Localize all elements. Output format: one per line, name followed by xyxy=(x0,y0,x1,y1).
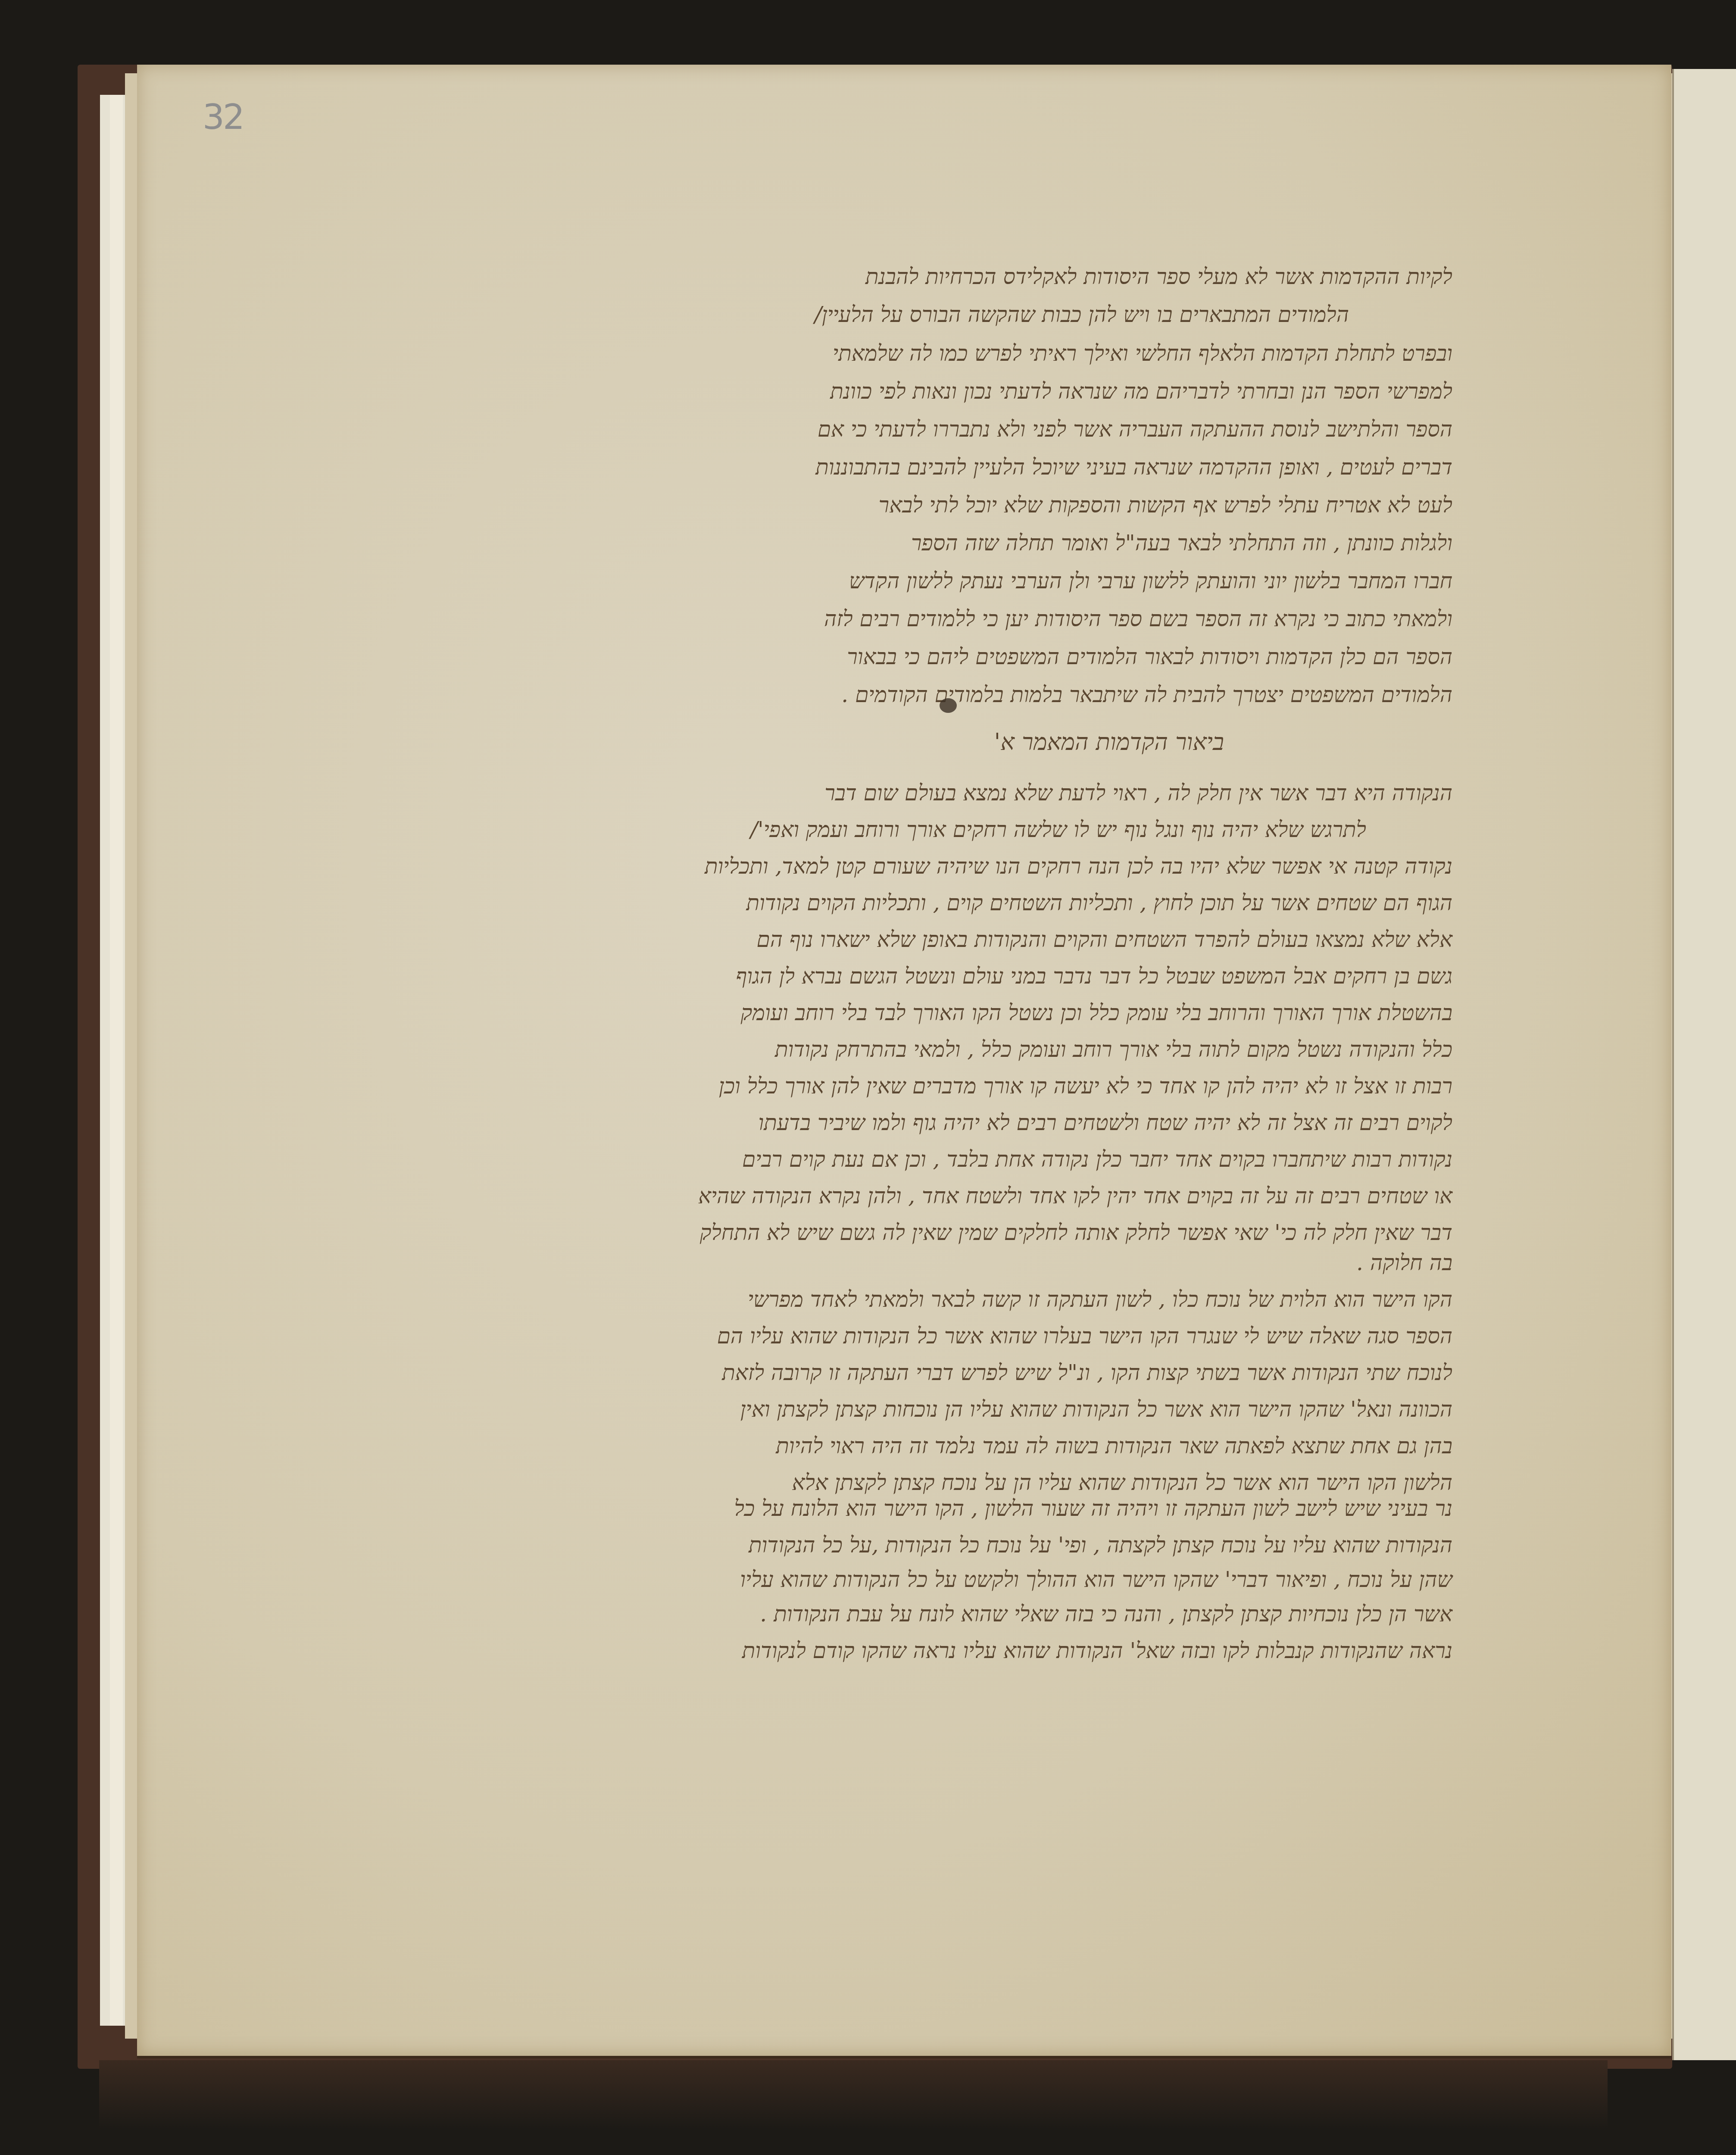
text-line: הלשון הקו הישר הוא אשר כל הנקודות שהוא ע… xyxy=(792,1470,1453,1496)
text-line: הכוונה ונאל' שהקו הישר הוא אשר כל הנקודו… xyxy=(740,1396,1452,1422)
text-line: דברים לעטים , ואופן ההקדמה שנראה בעיני ש… xyxy=(815,454,1452,480)
text-line: בהן גם אחת שתצא לפאתה שאר הנקודות בשוה ל… xyxy=(776,1433,1452,1459)
text-line: נקודות רבות שיתחברו בקוים אחד יחבר כלן נ… xyxy=(742,1146,1452,1172)
text-line: הספר הם כלן הקדמות ויסודות לבאור הלמודים… xyxy=(847,644,1452,670)
text-line: כלל והנקודה נשטל מקום לתוה בלי אורך רוחב… xyxy=(775,1037,1452,1062)
text-line: נראה שהנקודות קנבלות לקו ובזה שאל' הנקוד… xyxy=(742,1638,1452,1664)
text-line: אשר הן כלן נוכחיות קצתן לקצתן , והנה כי … xyxy=(760,1601,1452,1627)
text-line: הקו הישר הוא הלוית של נוכח כלו , לשון הע… xyxy=(748,1287,1452,1312)
text-line: לעט לא אטריח עתלי לפרש אף הקשות והספקות … xyxy=(879,492,1452,518)
text-line: הנקודה היא דבר אשר אין חלק לה , ראוי לדע… xyxy=(824,780,1452,806)
text-line: הלמודים המתבארים בו ויש להן כבות שהקשה ה… xyxy=(815,302,1349,328)
text-line: ובפרט לתחלת הקדמות הלאלף החלשי ואילך ראי… xyxy=(833,340,1452,366)
text-line: למפרשי הספר הנן ובחרתי לדבריהם מה שנראה … xyxy=(830,378,1452,404)
text-line: לנוכח שתי הנקודות אשר בשתי קצות הקו , ונ… xyxy=(722,1360,1452,1386)
text-line: לקוים רבים זה אצל זה לא יהיה שטח ולשטחים… xyxy=(758,1110,1452,1136)
text-line: ולמאתי כתוב כי נקרא זה הספר בשם ספר היסו… xyxy=(824,606,1452,632)
text-line: לקיות ההקדמות אשר לא מעלי ספר היסודות לא… xyxy=(865,264,1452,290)
text-line: הגוף הם שטחים אשר על תוכן לחוץ , ותכליות… xyxy=(746,890,1452,916)
text-line: חברו המחבר בלשון יוני והועתק ללשון ערבי … xyxy=(849,568,1452,594)
text-line: אלא שלא נמצאו בעולם להפרד השטחים והקוים … xyxy=(756,927,1452,953)
text-line: נר בעיני שיש לישב לשון העתקה זו ויהיה זה… xyxy=(734,1496,1452,1521)
folio-number: 32 xyxy=(203,97,243,137)
text-line: דבר שאין חלק לה כי' שאי אפשר לחלק אותה ל… xyxy=(700,1220,1452,1246)
facing-page-edge xyxy=(1672,69,1736,2060)
text-line: בהשטלת אורך האורך והרוחב בלי עומק כלל וכ… xyxy=(741,1000,1452,1026)
text-line: נקודה קטנה אי אפשר שלא יהיו בה לכן הנה ר… xyxy=(705,853,1452,879)
text-line: לתרגש שלא יהיה נוף ונגל נוף יש לו שלשה ר… xyxy=(750,817,1366,843)
ink-blot xyxy=(940,698,957,713)
flyleaf-inner-edge xyxy=(110,95,123,2026)
section-heading: ביאור הקדמות המאמר א' xyxy=(994,728,1224,756)
text-line: שהן על נוכח , ופיאור דברי' שהקו הישר הוא… xyxy=(740,1567,1452,1593)
text-line: בה חלוקה . xyxy=(1356,1250,1452,1276)
text-line: הספר והלתישב לנוסת ההעתקה העבריה אשר לפנ… xyxy=(818,416,1452,442)
text-line: או שטחים רבים זה על זה בקוים אחד יהין לק… xyxy=(698,1183,1452,1209)
text-line: הספר סגה שאלה שיש לי שנגרר הקו הישר בעלר… xyxy=(717,1323,1452,1349)
text-line: הנקודות שהוא עליו על נוכח קצתן לקצתה , ו… xyxy=(749,1532,1452,1558)
text-line: גשם בן רחקים אבל המשפט שבטל כל דבר נדבר … xyxy=(736,963,1452,989)
text-line: הלמודים המשפטים יצטרך להבית לה שיתבאר בל… xyxy=(841,682,1452,708)
text-line: רבות זו אצל זו לא יהיה להן קו אחד כי לא … xyxy=(719,1073,1452,1099)
book-cover-bottom-edge xyxy=(99,2060,1608,2129)
text-line: ולגלות כוונתן , וזה התחלתי לבאר בעה"ל וא… xyxy=(911,530,1452,556)
